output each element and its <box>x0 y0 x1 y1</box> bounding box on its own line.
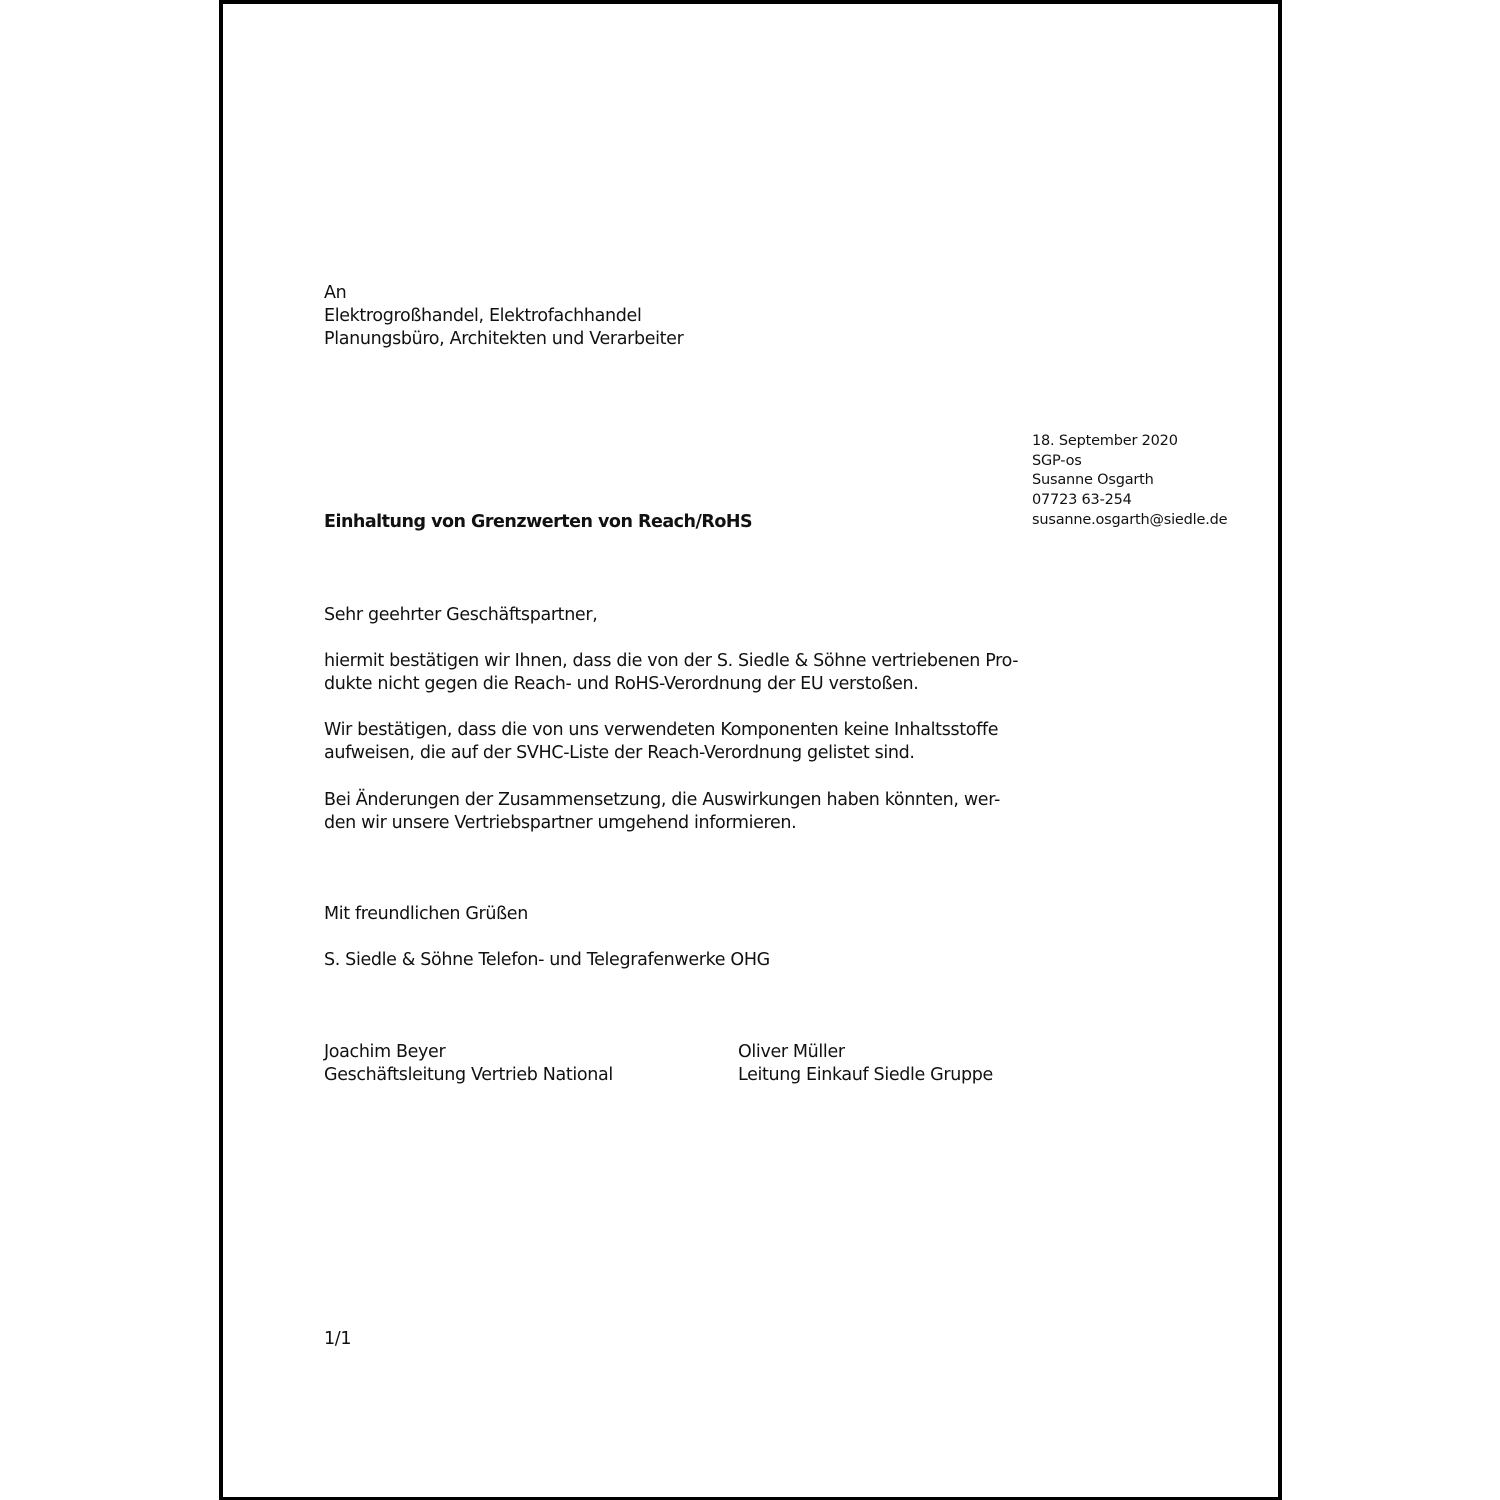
sender-info: 18. September 2020 SGP-os Susanne Osgart… <box>1032 432 1227 531</box>
paragraph-line: Wir bestätigen, dass die von uns verwend… <box>324 719 998 742</box>
letter-subject: Einhaltung von Grenzwerten von Reach/RoH… <box>324 511 752 534</box>
signatory: Joachim Beyer Geschäftsleitung Vertrieb … <box>324 1041 613 1087</box>
signatory-name: Joachim Beyer <box>324 1041 613 1064</box>
closing: Mit freundlichen Grüßen <box>324 903 528 926</box>
recipient-line: An <box>324 282 683 305</box>
company-name: S. Siedle & Söhne Telefon- und Telegrafe… <box>324 949 770 972</box>
page-number: 1/1 <box>324 1328 351 1351</box>
body-paragraph: hiermit bestätigen wir Ihnen, dass die v… <box>324 650 1018 696</box>
body-paragraph: Wir bestätigen, dass die von uns verwend… <box>324 719 998 765</box>
recipient-line: Elektrogroßhandel, Elektrofachhandel <box>324 305 683 328</box>
reference-code: SGP-os <box>1032 452 1227 472</box>
paragraph-line: dukte nicht gegen die Reach- und RoHS-Ve… <box>324 673 1018 696</box>
paragraph-line: hiermit bestätigen wir Ihnen, dass die v… <box>324 650 1018 673</box>
recipient-line: Planungsbüro, Architekten und Verarbeite… <box>324 328 683 351</box>
signatory-title: Leitung Einkauf Siedle Gruppe <box>738 1064 993 1087</box>
paragraph-line: den wir unsere Vertriebspartner umgehend… <box>324 812 1000 835</box>
signatory-name: Oliver Müller <box>738 1041 993 1064</box>
signatory: Oliver Müller Leitung Einkauf Siedle Gru… <box>738 1041 993 1087</box>
paragraph-line: Bei Änderungen der Zusammensetzung, die … <box>324 789 1000 812</box>
paragraph-line: aufweisen, die auf der SVHC-Liste der Re… <box>324 742 998 765</box>
body-paragraph: Bei Änderungen der Zusammensetzung, die … <box>324 789 1000 835</box>
letter-date: 18. September 2020 <box>1032 432 1227 452</box>
signatory-title: Geschäftsleitung Vertrieb National <box>324 1064 613 1087</box>
salutation: Sehr geehrter Geschäftspartner, <box>324 604 597 627</box>
contact-name: Susanne Osgarth <box>1032 471 1227 491</box>
recipient-address: An Elektrogroßhandel, Elektrofachhandel … <box>324 282 683 351</box>
contact-phone: 07723 63-254 <box>1032 491 1227 511</box>
contact-email: susanne.osgarth@siedle.de <box>1032 511 1227 531</box>
